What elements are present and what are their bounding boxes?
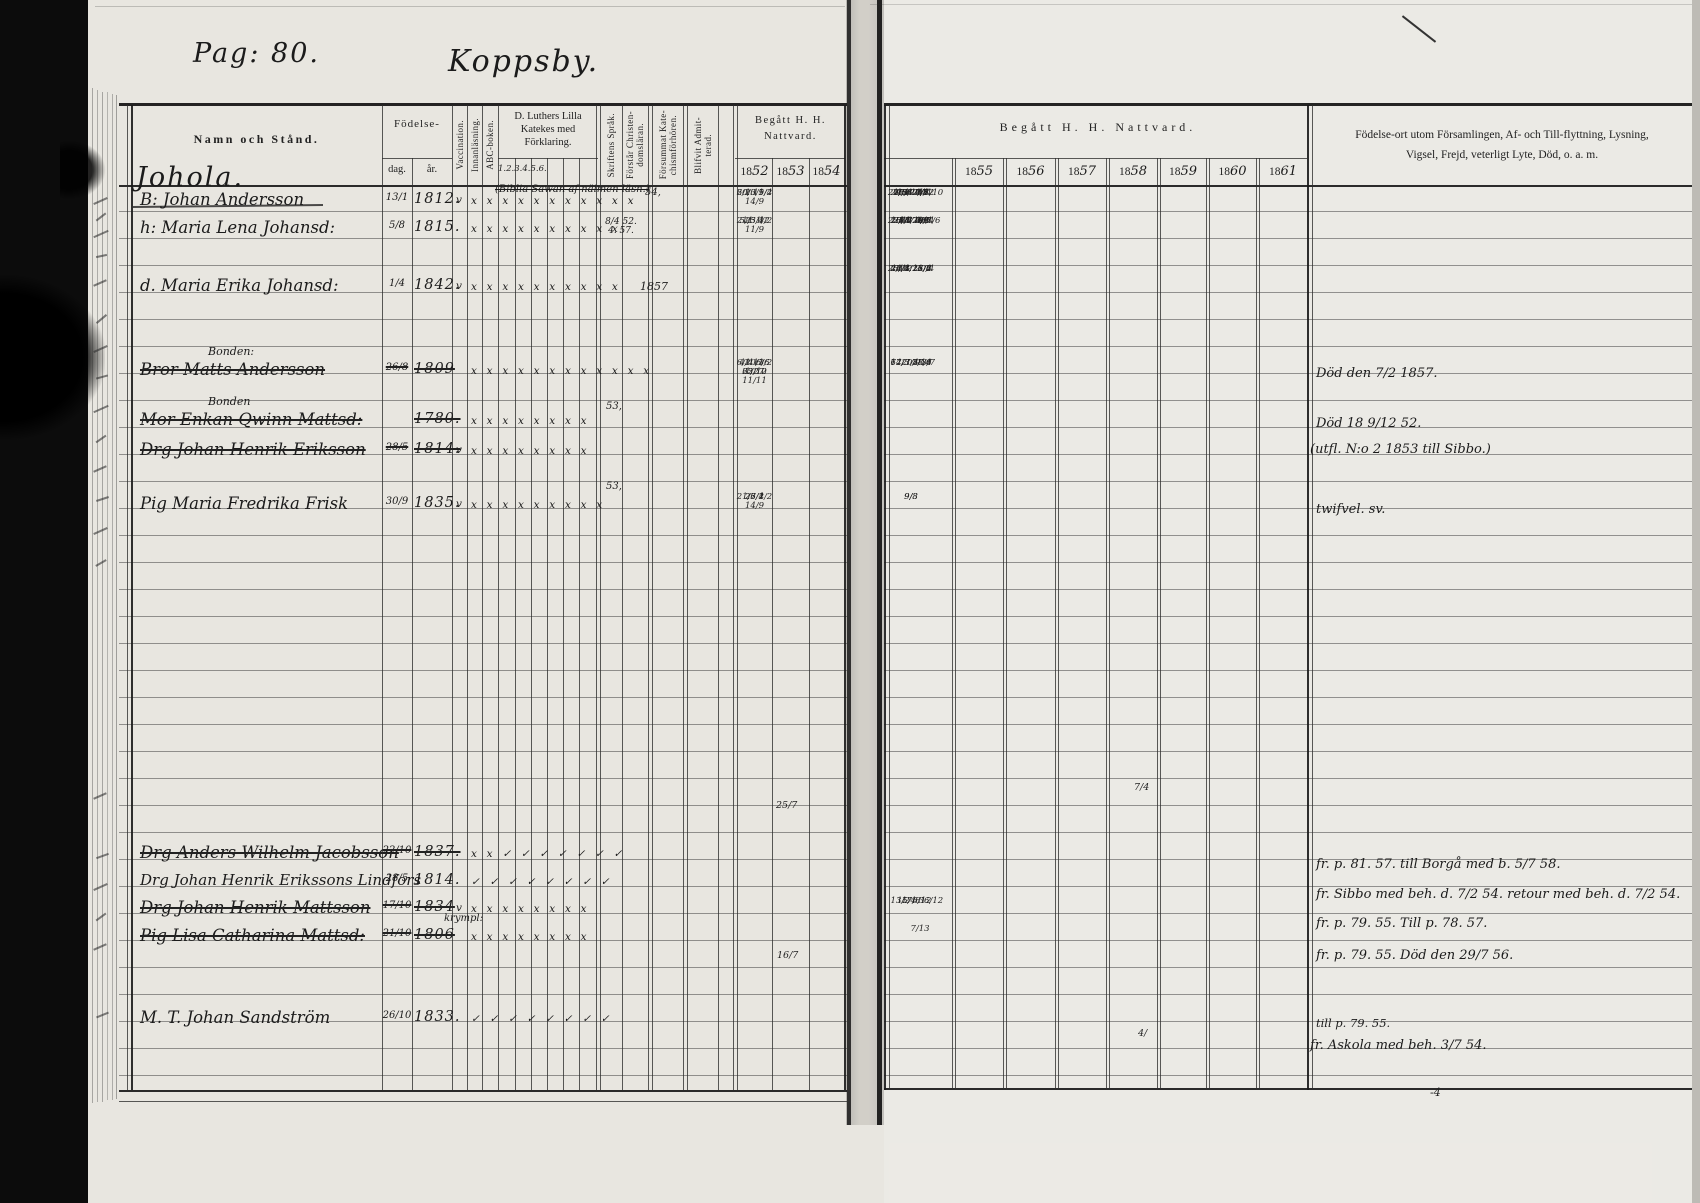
entry-note: fr. p. 79. 55. Död den 29/7 56.	[1316, 948, 1513, 963]
entry-vaccination-mark: v	[456, 444, 462, 456]
year-1853: 1853	[772, 162, 809, 180]
entry-birth-year: 1806	[414, 927, 455, 943]
entry-birth-day: 26/8	[382, 362, 412, 373]
cell: 25/4 11/9	[736, 217, 773, 235]
entry-birth-year: 1814.	[414, 441, 461, 457]
entry-birth-day: 22/10	[382, 845, 412, 856]
entry-name: B: Johan Andersson	[140, 190, 304, 209]
catechism-column-header: D. Luthers Lilla Katekes med Förklaring.	[498, 110, 598, 149]
entry-exam-marks: x x ✓ ✓ ✓ ✓ ✓ ✓ ✓	[471, 848, 626, 860]
record-row: B: Johan Andersson 13/1 1812. v x x x x …	[0, 190, 1700, 220]
cell: 13/2 6/12	[886, 897, 936, 906]
record-row: d. Maria Erika Johansd: 1/4 1842. v x x …	[0, 276, 1700, 306]
entry-birth-day: 30/9	[382, 496, 412, 507]
cell: 2/3 29/7	[886, 189, 936, 198]
missed-examination-column-header: Försummat Kate- chismförhören.	[652, 106, 683, 184]
cell: 1.	[498, 165, 506, 174]
entry-birth-day: 28/5	[382, 873, 412, 884]
entry-exam-marks: x x x x x x x x	[471, 931, 590, 943]
entry-note: Död den 7/2 1857.	[1316, 366, 1438, 381]
cell: 26/3 29/7	[886, 217, 936, 226]
entry-birth-year: 1837.	[414, 844, 461, 860]
record-row: Pig Lisa Catharina Mattsd: 21/10 1806 kr…	[0, 926, 1700, 956]
entry-birth-day: 13/1	[382, 192, 412, 203]
record-row: Drg Johan Henrik Mattsson 17/10 1834 v x…	[0, 898, 1700, 928]
entry-birth-year: 1780.	[414, 411, 461, 427]
spine-line-right	[877, 0, 882, 1125]
entry-exam-marks: x x x x x x x x x x	[471, 223, 621, 235]
entry-exam-marks: x x x x x x x x x x x x	[471, 365, 652, 377]
entry-exam-marks: x x x x x x x x x x	[471, 281, 621, 293]
cell: 4.	[522, 165, 530, 174]
year-1857: 1857	[1058, 162, 1106, 180]
record-row: Drg Johan Henrik Erikssons Lindfors 28/5…	[0, 871, 1700, 901]
entry-name: d. Maria Erika Johansd:	[140, 276, 339, 295]
spine-line-left	[847, 0, 851, 1125]
entry-name: Mor Enkan Qwinn Mattsd:	[140, 410, 362, 429]
entry-note-2: fr. Askola med beh. 3/7 54.	[1310, 1038, 1487, 1053]
entry-name: h: Maria Lena Johansd:	[140, 218, 335, 237]
birth-day-subheader: dag.	[382, 164, 412, 175]
entry-birth-year: 1809	[414, 361, 455, 377]
entry-vaccination-mark: v	[456, 498, 462, 510]
cell: 20/9 14/9	[736, 189, 773, 207]
stray-date-mark: 16/7	[777, 950, 798, 961]
notes-column-header: Födelse-ort utom Församlingen, Af- och T…	[1312, 125, 1692, 165]
entry-name: Drg Anders Wilhelm Jacobsson	[140, 843, 399, 862]
entry-birth-year: 1833.	[414, 1009, 461, 1025]
cell: 5.	[531, 165, 539, 174]
entry-birth-day: 26/10	[382, 1010, 412, 1021]
entry-name: Drg Johan Henrik Eriksson	[140, 440, 366, 459]
record-row: Drg Johan Henrik Eriksson 28/5 1814. v x…	[0, 440, 1700, 470]
year-1858: 1858	[1109, 162, 1157, 180]
record-row: Drg Anders Wilhelm Jacobsson 22/10 1837.…	[0, 843, 1700, 873]
entry-name: Pig Maria Fredrika Frisk	[140, 494, 348, 513]
year-1859: 1859	[1160, 162, 1206, 180]
stray-date-mark: 7/4	[1134, 782, 1149, 793]
right-page-top-edge	[870, 4, 1692, 5]
year-1855: 1855	[955, 162, 1003, 180]
year-1852: 1852	[737, 162, 772, 180]
admitted-column-header: Blifvit Admit- terad.	[687, 106, 718, 184]
scanned-parish-register: { "scan": { "page_label": "Pag: 80.", "t…	[0, 0, 1700, 1203]
entry-admitted-year: 1857	[640, 280, 668, 293]
entry-annotation: krympl:	[444, 913, 483, 924]
abc-book-column-header: ABC-boken.	[482, 106, 498, 184]
entry-note: Död 18 9/12 52.	[1316, 416, 1421, 431]
entry-note: till p. 79. 55.	[1316, 1016, 1390, 1030]
entry-annotation: 54,	[645, 188, 661, 197]
village-title: Koppsby.	[448, 44, 599, 79]
entry-birth-day: 21/10	[382, 928, 412, 939]
vaccination-column-header: Vaccination.	[452, 106, 467, 184]
understands-doctrine-column-header: Förstår Christen- domsläran.	[622, 106, 648, 184]
cell: 2.	[506, 165, 514, 174]
entry-birth-day: 17/10	[382, 900, 412, 911]
entry-note: twifvel. sv.	[1316, 502, 1385, 517]
communion-header-right: Begått H. H. Nattvard.	[889, 120, 1307, 135]
entry-name: Bror Matts Andersson	[140, 360, 325, 379]
entry-status-label: Bonden:	[208, 345, 254, 358]
entry-exam-marks: ✓ ✓ ✓ ✓ ✓ ✓ ✓ ✓	[471, 1013, 613, 1025]
entry-name: Pig Lisa Catharina Mattsd:	[140, 926, 365, 945]
entry-vaccination-mark: v	[456, 194, 462, 206]
entry-birth-year: 1835.	[414, 495, 461, 511]
entry-annotation: 53,	[606, 402, 622, 411]
stray-date-mark: 25/7	[776, 800, 797, 811]
birth-year-subheader: år.	[412, 164, 452, 175]
entry-note: fr. p. 81. 57. till Borgå med b. 5/7 58.	[1316, 857, 1560, 872]
year-1856: 1856	[1006, 162, 1055, 180]
entry-name: Drg Johan Henrik Mattsson	[140, 898, 370, 917]
household-heading: Johola.	[136, 162, 244, 193]
entry-name: M. T. Johan Sandström	[140, 1008, 330, 1027]
stray-date-mark: -4	[1430, 1086, 1441, 1099]
page-number: Pag: 80.	[193, 38, 320, 69]
entry-vaccination-mark: v	[456, 280, 462, 292]
communion-header-left: Begått H. H. Nattvard.	[737, 113, 844, 145]
cell: 6.	[539, 165, 547, 174]
cell: 25/3 26/7	[886, 265, 936, 274]
cell: 9/8	[886, 493, 936, 502]
entry-annotation: 53,	[606, 482, 622, 491]
scripture-language-column-header: Skriftens Språk.	[600, 106, 622, 184]
entry-exam-marks: x x x x x x x x x x x	[471, 195, 637, 207]
birth-column-header: Födelse-	[382, 118, 452, 130]
catechism-number-row: 1.2.3.4.5.6.	[498, 165, 598, 174]
year-1861: 1861	[1259, 162, 1307, 180]
entry-birth-day: 1/4	[382, 278, 412, 289]
entry-birth-year: 1812.	[414, 191, 461, 207]
year-1854: 1854	[809, 162, 844, 180]
cell: 20/3 25/12 11/11	[736, 359, 773, 386]
entry-birth-year: 1815.	[414, 219, 461, 235]
entry-birth-year: 1842.	[414, 277, 461, 293]
entry-exam-marks: x x x x x x x x	[471, 415, 590, 427]
stray-date-mark: 4/	[1138, 1028, 1147, 1039]
entry-name: Drg Johan Henrik Erikssons Lindfors	[140, 871, 421, 889]
entry-exam-marks: x x x x x x x x	[471, 903, 590, 915]
entry-exam-marks: x x x x x x x x x	[471, 499, 605, 511]
entry-birth-year: 1814.	[414, 872, 461, 888]
record-row: Bonden: Bror Matts Andersson 26/8 1809 x…	[0, 360, 1700, 390]
record-row: Bonden Mor Enkan Qwinn Mattsd: 1780. x x…	[0, 410, 1700, 440]
entry-birth-day: 28/5	[382, 442, 412, 453]
entry-exam-marks: x x x x x x x x	[471, 445, 590, 457]
cell: 7/13	[886, 925, 954, 934]
entry-status-label: Bonden	[208, 395, 250, 408]
cell: 20/9	[886, 359, 936, 368]
cell: 26/4 14/9	[736, 493, 773, 511]
entry-birth-day: 5/8	[382, 220, 412, 231]
record-row: Pig Maria Fredrika Frisk 30/9 1835. v x …	[0, 494, 1700, 524]
name-column-header: Namn och Stånd.	[131, 132, 382, 147]
record-row: h: Maria Lena Johansd: 5/8 1815. x x x x…	[0, 218, 1700, 248]
left-page-top-edge	[95, 6, 845, 7]
entry-exam-marks: ✓ ✓ ✓ ✓ ✓ ✓ ✓ ✓	[471, 876, 613, 888]
reading-column-header: Innanläsning.	[467, 106, 482, 184]
year-1860: 1860	[1209, 162, 1256, 180]
record-row: M. T. Johan Sandström 26/10 1833. ✓ ✓ ✓ …	[0, 1008, 1700, 1038]
entry-annotation: 8/4 52. 4. 57.	[601, 218, 641, 236]
